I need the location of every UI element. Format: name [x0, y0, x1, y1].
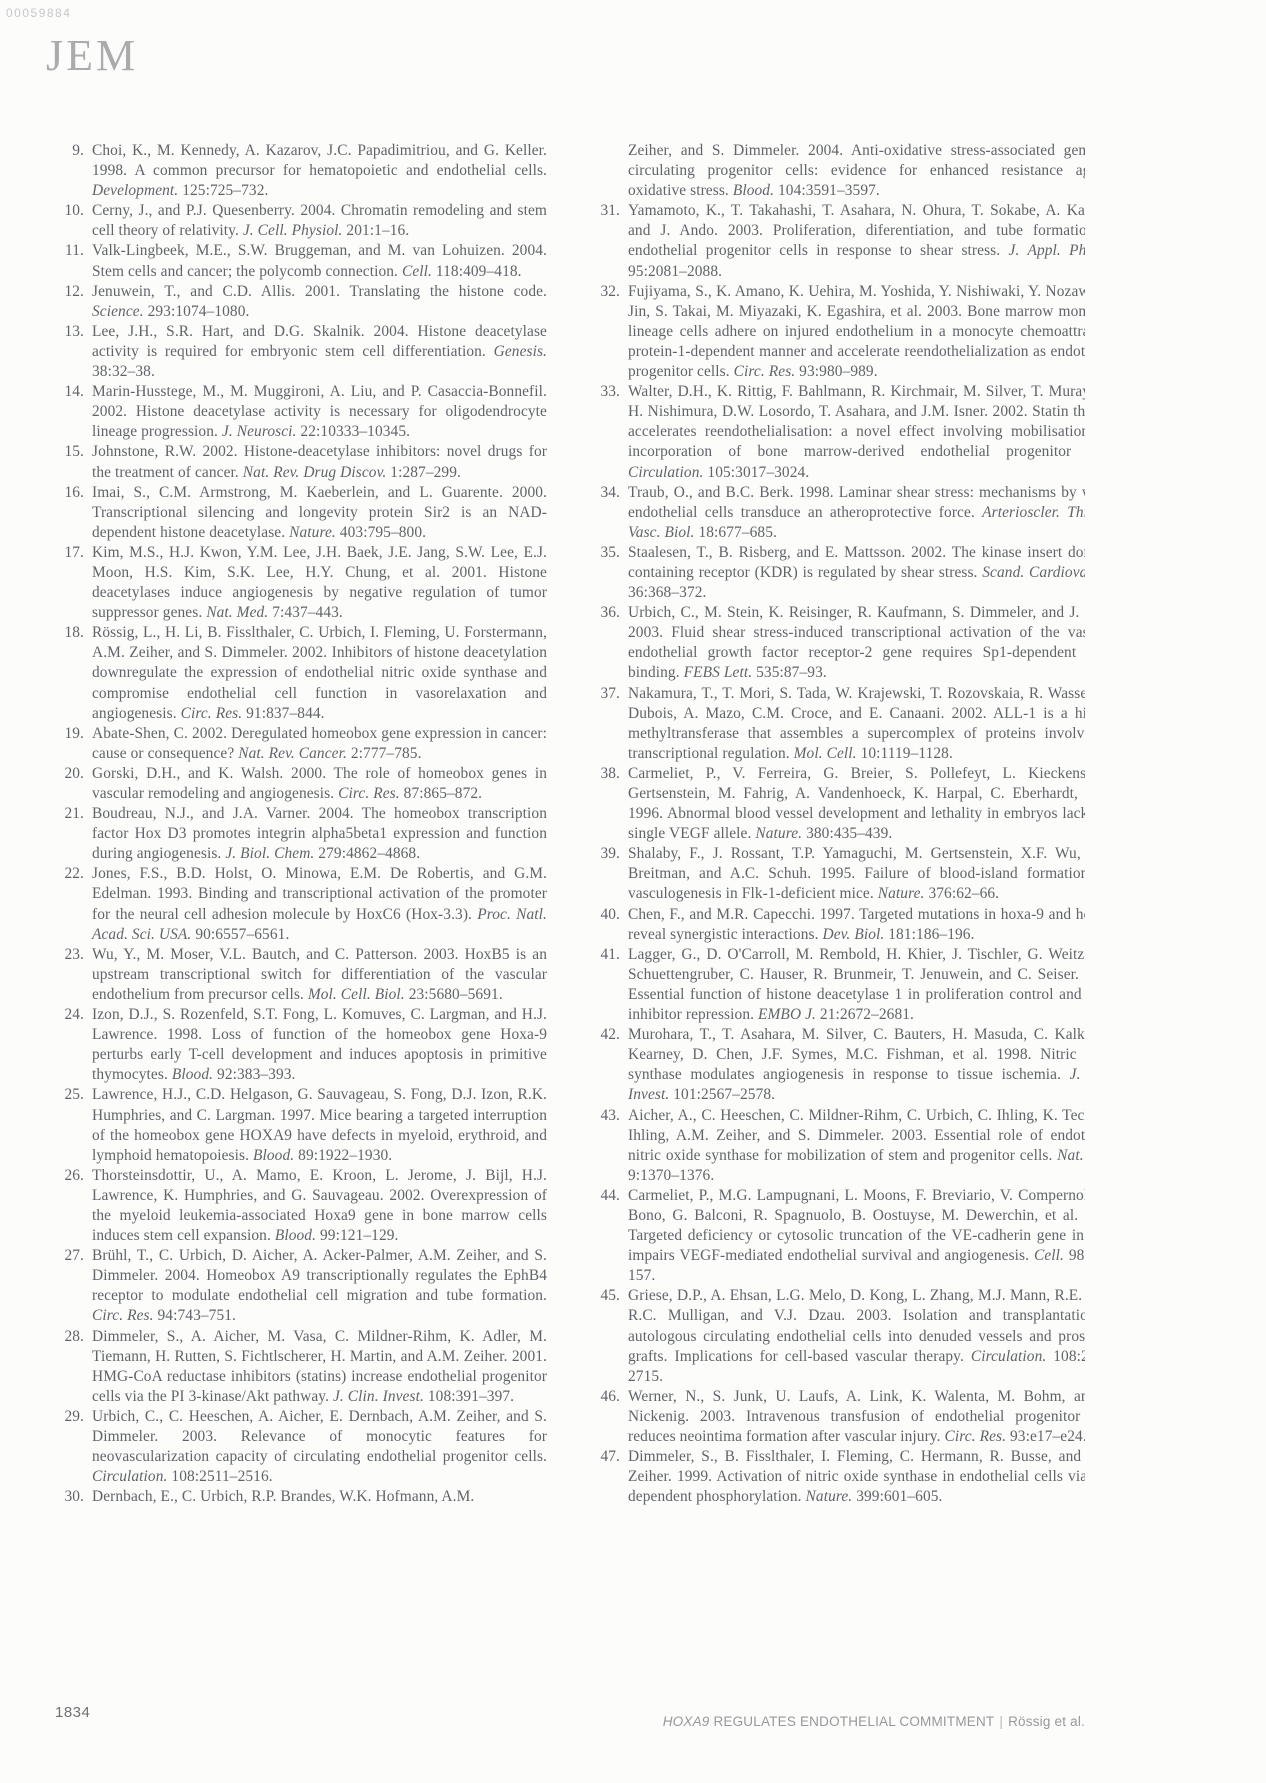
reference-number: 10.	[56, 201, 84, 221]
reference-item: 33.Walter, D.H., K. Rittig, F. Bahlmann,…	[592, 382, 1085, 482]
running-head-authors: Rössig et al.	[1008, 1714, 1085, 1729]
reference-text: Murohara, T., T. Asahara, M. Silver, C. …	[628, 1026, 1085, 1083]
reference-journal: Nat. Med.	[206, 604, 268, 621]
reference-text: Urbich, C., C. Heeschen, A. Aicher, E. D…	[92, 1408, 547, 1465]
reference-number: 42.	[592, 1025, 620, 1045]
reference-pages: 105:3017–3024.	[703, 464, 809, 481]
reference-pages: 108:2511–2516.	[167, 1468, 272, 1485]
reference-number: 46.	[592, 1387, 620, 1407]
reference-number: 18.	[56, 623, 84, 643]
reference-journal: Blood.	[172, 1066, 213, 1083]
reference-number: 38.	[592, 764, 620, 784]
reference-pages: 108:391–397.	[424, 1388, 514, 1405]
reference-journal: Nat. Rev. Drug Discov.	[243, 464, 387, 481]
reference-item: 20.Gorski, D.H., and K. Walsh. 2000. The…	[56, 764, 547, 804]
reference-pages: 91:837–844.	[242, 705, 324, 722]
reference-pages: 92:383–393.	[213, 1066, 295, 1083]
reference-pages: 38:32–38.	[92, 363, 155, 380]
reference-journal: Nature.	[289, 524, 336, 541]
reference-pages: 376:62–66.	[925, 885, 1000, 902]
reference-pages: 118:409–418.	[432, 263, 522, 280]
reference-journal: J. Cell. Physiol.	[243, 222, 343, 239]
reference-text: Choi, K., M. Kennedy, A. Kazarov, J.C. P…	[92, 142, 547, 179]
reference-item: 11.Valk-Lingbeek, M.E., S.W. Bruggeman, …	[56, 241, 547, 281]
reference-item: 14.Marin-Husstege, M., M. Muggironi, A. …	[56, 382, 547, 442]
reference-pages: 201:1–16.	[342, 222, 409, 239]
reference-item: 32.Fujiyama, S., K. Amano, K. Uehira, M.…	[592, 282, 1085, 382]
reference-journal: Nature.	[755, 825, 802, 842]
reference-journal: Nat. Med.	[1057, 1147, 1085, 1164]
reference-number: 32.	[592, 282, 620, 302]
reference-journal: Circ. Res.	[181, 705, 243, 722]
reference-text: Lee, J.H., S.R. Hart, and D.G. Skalnik. …	[92, 323, 547, 360]
reference-pages: 403:795–800.	[336, 524, 426, 541]
reference-text: Brühl, T., C. Urbich, D. Aicher, A. Acke…	[92, 1247, 547, 1304]
reference-journal: Blood.	[253, 1147, 294, 1164]
reference-item: 25.Lawrence, H.J., C.D. Helgason, G. Sau…	[56, 1085, 547, 1165]
running-head-separator: |	[994, 1714, 1008, 1729]
reference-journal: Science.	[92, 303, 144, 320]
reference-number: 40.	[592, 905, 620, 925]
reference-pages: 293:1074–1080.	[144, 303, 250, 320]
reference-number: 17.	[56, 543, 84, 563]
reference-journal: Cell.	[402, 263, 432, 280]
reference-number: 22.	[56, 864, 84, 884]
reference-pages: 10:1119–1128.	[857, 745, 953, 762]
reference-pages: 380:435–439.	[802, 825, 892, 842]
reference-item: 15.Johnstone, R.W. 2002. Histone-deacety…	[56, 442, 547, 482]
reference-text: Carmeliet, P., M.G. Lampugnani, L. Moons…	[628, 1187, 1085, 1264]
reference-number: 9.	[56, 141, 84, 161]
running-head-title-italic: HOXA9	[663, 1714, 710, 1729]
reference-journal: Nature.	[878, 885, 925, 902]
reference-item: Zeiher, and S. Dimmeler. 2004. Anti-oxid…	[592, 141, 1085, 201]
reference-item: 36.Urbich, C., M. Stein, K. Reisinger, R…	[592, 603, 1085, 683]
reference-pages: 399:601–605.	[852, 1488, 942, 1505]
reference-journal: Nat. Rev. Cancer.	[238, 745, 347, 762]
reference-journal: Dev. Biol.	[822, 926, 884, 943]
reference-pages: 18:677–685.	[695, 524, 777, 541]
reference-pages: 87:865–872.	[400, 785, 482, 802]
reference-pages: 99:121–129.	[316, 1227, 398, 1244]
reference-journal: J. Neurosci.	[222, 423, 297, 440]
reference-item: 28.Dimmeler, S., A. Aicher, M. Vasa, C. …	[56, 1327, 547, 1407]
reference-item: 12.Jenuwein, T., and C.D. Allis. 2001. T…	[56, 282, 547, 322]
reference-pages: 181:186–196.	[884, 926, 974, 943]
reference-number: 28.	[56, 1327, 84, 1347]
reference-number: 29.	[56, 1407, 84, 1427]
reference-journal: Circ. Res.	[945, 1428, 1007, 1445]
reference-pages: 90:6557–6561.	[191, 926, 289, 943]
reference-pages: 2:777–785.	[347, 745, 422, 762]
journal-page: 00059884 JEM 9.Choi, K., M. Kennedy, A. …	[0, 0, 1266, 1783]
reference-pages: 93:980–989.	[795, 363, 877, 380]
reference-number: 15.	[56, 442, 84, 462]
jem-logo: JEM	[46, 34, 138, 78]
reference-item: 30.Dernbach, E., C. Urbich, R.P. Brandes…	[56, 1487, 547, 1507]
reference-list-right: Zeiher, and S. Dimmeler. 2004. Anti-oxid…	[592, 141, 1085, 1507]
reference-journal: Circ. Res.	[338, 785, 400, 802]
reference-number: 20.	[56, 764, 84, 784]
reference-text: Jenuwein, T., and C.D. Allis. 2001. Tran…	[92, 283, 547, 300]
reference-number: 43.	[592, 1106, 620, 1126]
reference-number: 35.	[592, 543, 620, 563]
reference-pages: 1:287–299.	[386, 464, 461, 481]
reference-pages: 36:368–372.	[628, 584, 706, 601]
reference-pages: 9:1370–1376.	[628, 1167, 714, 1184]
reference-number: 33.	[592, 382, 620, 402]
reference-pages: 101:2567–2578.	[669, 1086, 775, 1103]
references-column-left: 9.Choi, K., M. Kennedy, A. Kazarov, J.C.…	[56, 141, 547, 1507]
reference-item: 45.Griese, D.P., A. Ehsan, L.G. Melo, D.…	[592, 1286, 1085, 1386]
reference-item: 31.Yamamoto, K., T. Takahashi, T. Asahar…	[592, 201, 1085, 281]
reference-journal: Cell.	[1034, 1247, 1064, 1264]
reference-number: 25.	[56, 1085, 84, 1105]
reference-item: 16.Imai, S., C.M. Armstrong, M. Kaeberle…	[56, 483, 547, 543]
reference-journal: EMBO J.	[758, 1006, 816, 1023]
reference-journal: Circulation.	[92, 1468, 167, 1485]
scan-id-number: 00059884	[6, 6, 71, 20]
reference-pages: 95:2081–2088.	[628, 263, 722, 280]
reference-journal: Development.	[92, 182, 178, 199]
reference-text: Shalaby, F., J. Rossant, T.P. Yamaguchi,…	[628, 845, 1085, 902]
reference-item: 43.Aicher, A., C. Heeschen, C. Mildner-R…	[592, 1106, 1085, 1186]
running-head-title-rest: REGULATES ENDOTHELIAL COMMITMENT	[710, 1714, 995, 1729]
reference-journal: J. Clin. Invest.	[333, 1388, 424, 1405]
reference-item: 17.Kim, M.S., H.J. Kwon, Y.M. Lee, J.H. …	[56, 543, 547, 623]
reference-item: 47.Dimmeler, S., B. Fisslthaler, I. Flem…	[592, 1447, 1085, 1507]
reference-number: 47.	[592, 1447, 620, 1467]
reference-item: 23.Wu, Y., M. Moser, V.L. Bautch, and C.…	[56, 945, 547, 1005]
reference-number: 26.	[56, 1166, 84, 1186]
reference-number: 23.	[56, 945, 84, 965]
reference-item: 35.Staalesen, T., B. Risberg, and E. Mat…	[592, 543, 1085, 603]
reference-number: 31.	[592, 201, 620, 221]
reference-pages: 535:87–93.	[752, 664, 827, 681]
reference-pages: 104:3591–3597.	[774, 182, 880, 199]
reference-item: 44.Carmeliet, P., M.G. Lampugnani, L. Mo…	[592, 1186, 1085, 1286]
reference-journal: FEBS Lett.	[684, 664, 753, 681]
reference-number: 11.	[56, 241, 84, 261]
reference-journal: Genesis.	[494, 343, 547, 360]
reference-number: 24.	[56, 1005, 84, 1025]
reference-number: 36.	[592, 603, 620, 623]
reference-item: 40.Chen, F., and M.R. Capecchi. 1997. Ta…	[592, 905, 1085, 945]
reference-pages: 125:725–732.	[178, 182, 268, 199]
reference-number: 21.	[56, 804, 84, 824]
reference-item: 26.Thorsteinsdottir, U., A. Mamo, E. Kro…	[56, 1166, 547, 1246]
reference-number: 30.	[56, 1487, 84, 1507]
reference-item: 9.Choi, K., M. Kennedy, A. Kazarov, J.C.…	[56, 141, 547, 201]
references-column-right: Zeiher, and S. Dimmeler. 2004. Anti-oxid…	[592, 141, 1085, 1561]
page-number: 1834	[55, 1704, 90, 1721]
reference-text: Dernbach, E., C. Urbich, R.P. Brandes, W…	[92, 1488, 474, 1505]
reference-number: 45.	[592, 1286, 620, 1306]
reference-pages: 7:437–443.	[268, 604, 343, 621]
reference-number: 14.	[56, 382, 84, 402]
reference-item: 10.Cerny, J., and P.J. Quesenberry. 2004…	[56, 201, 547, 241]
reference-journal: Blood.	[733, 182, 774, 199]
running-head: HOXA9 REGULATES ENDOTHELIAL COMMITMENT|R…	[592, 1714, 1085, 1729]
reference-number: 12.	[56, 282, 84, 302]
reference-number: 44.	[592, 1186, 620, 1206]
reference-journal: Circ. Res.	[92, 1307, 154, 1324]
reference-journal: Circulation.	[628, 464, 703, 481]
reference-item: 24.Izon, D.J., S. Rozenfeld, S.T. Fong, …	[56, 1005, 547, 1085]
reference-item: 46.Werner, N., S. Junk, U. Laufs, A. Lin…	[592, 1387, 1085, 1447]
reference-number: 16.	[56, 483, 84, 503]
reference-item: 27.Brühl, T., C. Urbich, D. Aicher, A. A…	[56, 1246, 547, 1326]
reference-list-left: 9.Choi, K., M. Kennedy, A. Kazarov, J.C.…	[56, 141, 547, 1507]
reference-number: 41.	[592, 945, 620, 965]
reference-pages: 23:5680–5691.	[405, 986, 503, 1003]
reference-journal: J. Biol. Chem.	[225, 845, 314, 862]
reference-pages: 21:2672–2681.	[816, 1006, 914, 1023]
reference-journal: Mol. Cell. Biol.	[308, 986, 405, 1003]
reference-text: Izon, D.J., S. Rozenfeld, S.T. Fong, L. …	[92, 1006, 547, 1083]
reference-text: Aicher, A., C. Heeschen, C. Mildner-Rihm…	[628, 1107, 1085, 1164]
reference-item: 21.Boudreau, N.J., and J.A. Varner. 2004…	[56, 804, 547, 864]
reference-journal: Circ. Res.	[734, 363, 796, 380]
reference-journal: Blood.	[275, 1227, 316, 1244]
reference-item: 18.Rössig, L., H. Li, B. Fisslthaler, C.…	[56, 623, 547, 723]
reference-item: 19.Abate-Shen, C. 2002. Deregulated home…	[56, 724, 547, 764]
reference-pages: 93:e17–e24.	[1006, 1428, 1085, 1445]
reference-item: 34.Traub, O., and B.C. Berk. 1998. Lamin…	[592, 483, 1085, 543]
reference-pages: 89:1922–1930.	[294, 1147, 392, 1164]
reference-item: 13.Lee, J.H., S.R. Hart, and D.G. Skalni…	[56, 322, 547, 382]
reference-item: 22.Jones, F.S., B.D. Holst, O. Minowa, E…	[56, 864, 547, 944]
reference-item: 37.Nakamura, T., T. Mori, S. Tada, W. Kr…	[592, 684, 1085, 764]
reference-number: 19.	[56, 724, 84, 744]
reference-number: 27.	[56, 1246, 84, 1266]
reference-pages: 22:10333–10345.	[296, 423, 410, 440]
reference-item: 38.Carmeliet, P., V. Ferreira, G. Breier…	[592, 764, 1085, 844]
reference-pages: 94:743–751.	[154, 1307, 236, 1324]
reference-number: 39.	[592, 844, 620, 864]
reference-journal: Nature.	[806, 1488, 853, 1505]
reference-item: 42.Murohara, T., T. Asahara, M. Silver, …	[592, 1025, 1085, 1105]
reference-item: 41.Lagger, G., D. O'Carroll, M. Rembold,…	[592, 945, 1085, 1025]
reference-item: 29.Urbich, C., C. Heeschen, A. Aicher, E…	[56, 1407, 547, 1487]
reference-number: 37.	[592, 684, 620, 704]
reference-journal: Scand. Cardiovasc. J.	[982, 564, 1085, 581]
reference-pages: 279:4862–4868.	[314, 845, 420, 862]
reference-journal: Circulation.	[971, 1348, 1046, 1365]
reference-item: 39.Shalaby, F., J. Rossant, T.P. Yamaguc…	[592, 844, 1085, 904]
reference-number: 13.	[56, 322, 84, 342]
reference-journal: Mol. Cell.	[794, 745, 857, 762]
reference-text: Walter, D.H., K. Rittig, F. Bahlmann, R.…	[628, 383, 1085, 460]
reference-journal: J. Appl. Physiol.	[1009, 242, 1085, 259]
reference-number: 34.	[592, 483, 620, 503]
